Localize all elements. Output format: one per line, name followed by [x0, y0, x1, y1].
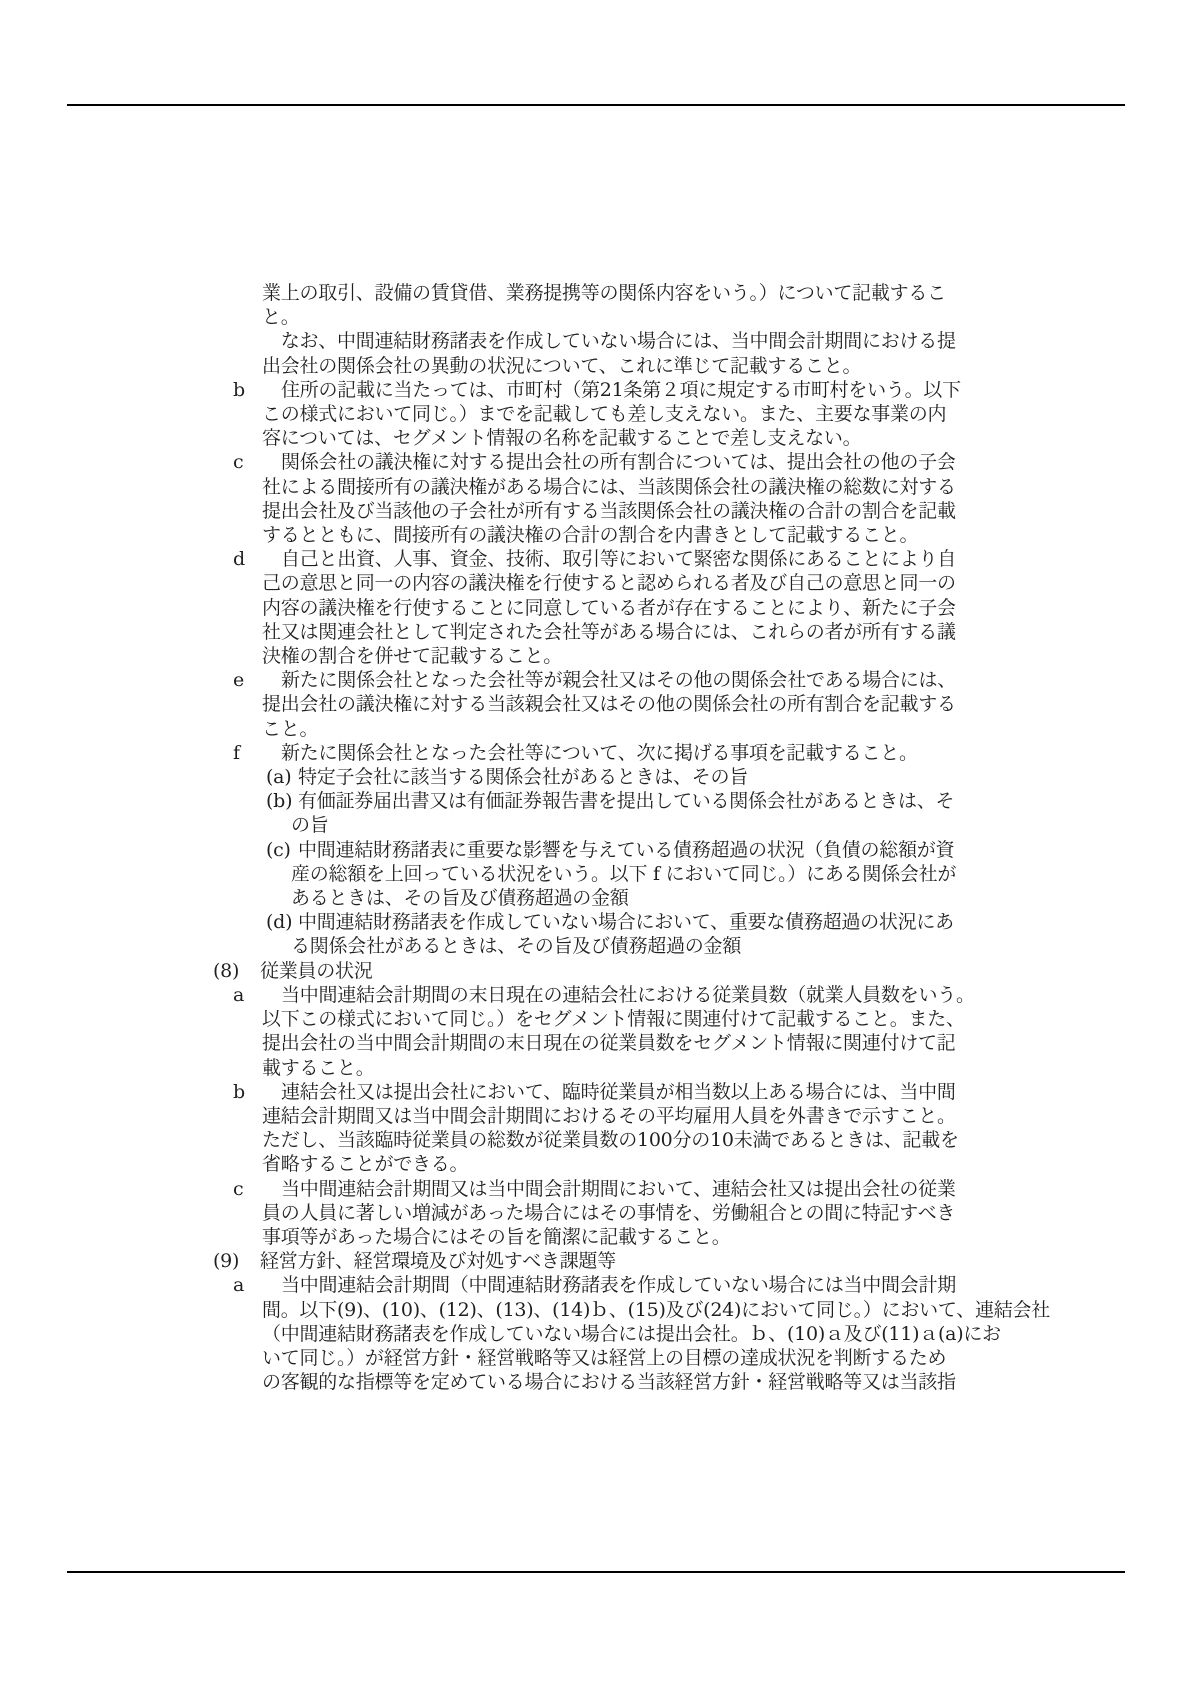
line-text: 住所の記載に当たっては、市町村（第21条第２項に規定する市町村をいう。以下 [281, 379, 961, 401]
text-line: と。 [213, 305, 1003, 329]
line-text: この様式において同じ。）までを記載しても差し支えない。また、主要な事業の内 [262, 403, 946, 425]
list-marker: (b) [266, 789, 298, 813]
list-marker: (8) [213, 959, 260, 983]
list-marker: (9) [213, 1249, 260, 1273]
line-text: 当中間連結会計期間又は当中間会計期間において、連結会社又は提出会社の従業 [281, 1178, 956, 1200]
text-line: 提出会社の当中間会計期間の末日現在の従業員数をセグメント情報に関連付けて記 [213, 1031, 1003, 1055]
list-marker: (d) [266, 910, 298, 934]
list-marker: (a) [266, 765, 298, 789]
text-line: a当中間連結会計期間の末日現在の連結会社における従業員数（就業人員数をいう。 [213, 983, 1003, 1007]
text-line: 産の総額を上回っている状況をいう。以下 f において同じ。）にある関係会社が [213, 862, 1003, 886]
line-text: と。 [262, 306, 300, 328]
line-text: 当中間連結会計期間（中間連結財務諸表を作成していない場合には当中間会計期 [281, 1274, 956, 1296]
line-text: る関係会社があるときは、その旨及び債務超過の金額 [291, 935, 741, 957]
line-text: 有価証券届出書又は有価証券報告書を提出している関係会社があるときは、そ [298, 790, 954, 812]
text-line: なお、中間連結財務諸表を作成していない場合には、当中間会計期間における提 [213, 329, 1003, 353]
line-text: 業上の取引、設備の賃貸借、業務提携等の関係内容をいう。）について記載するこ [262, 282, 946, 304]
text-line: 内容の議決権を行使することに同意している者が存在することにより、新たに子会 [213, 596, 1003, 620]
text-line: 業上の取引、設備の賃貸借、業務提携等の関係内容をいう。）について記載するこ [213, 281, 1003, 305]
text-line: いて同じ。）が経営方針・経営戦略等又は経営上の目標の達成状況を判断するため [213, 1346, 1003, 1370]
text-line: c当中間連結会計期間又は当中間会計期間において、連結会社又は提出会社の従業 [213, 1177, 1003, 1201]
text-line: 提出会社の議決権に対する当該親会社又はその他の関係会社の所有割合を記載する [213, 692, 1003, 716]
document-body: 業上の取引、設備の賃貸借、業務提携等の関係内容をいう。）について記載すること。 … [213, 281, 1003, 1394]
line-text: 関係会社の議決権に対する提出会社の所有割合については、提出会社の他の子会 [281, 451, 956, 473]
line-text: 間。以下(9)、(10)、(12)、(13)、(14)ｂ、(15)及び(24)に… [262, 1299, 1050, 1321]
line-text: 経営方針、経営環境及び対処すべき課題等 [260, 1250, 616, 1272]
list-marker: b [233, 378, 281, 402]
text-line: (9)経営方針、経営環境及び対処すべき課題等 [213, 1249, 1003, 1273]
list-marker: b [233, 1080, 281, 1104]
line-text: 事項等があった場合にはその旨を簡潔に記載すること。 [262, 1226, 731, 1248]
line-text: 産の総額を上回っている状況をいう。以下 f において同じ。）にある関係会社が [291, 863, 956, 885]
line-text: 特定子会社に該当する関係会社があるときは、その旨 [298, 766, 748, 788]
line-text: 従業員の状況 [260, 960, 373, 982]
line-text: なお、中間連結財務諸表を作成していない場合には、当中間会計期間における提 [262, 330, 956, 352]
text-line: 容については、セグメント情報の名称を記載することで差し支えない。 [213, 426, 1003, 450]
text-line: 社又は関連会社として判定された会社等がある場合には、これらの者が所有する議 [213, 620, 1003, 644]
text-line: b住所の記載に当たっては、市町村（第21条第２項に規定する市町村をいう。以下 [213, 378, 1003, 402]
list-marker: a [233, 1273, 281, 1297]
line-text: あるときは、その旨及び債務超過の金額 [291, 887, 629, 909]
text-line: f新たに関係会社となった会社等について、次に掲げる事項を記載すること。 [213, 741, 1003, 765]
line-text: 新たに関係会社となった会社等について、次に掲げる事項を記載すること。 [281, 742, 918, 764]
text-line: あるときは、その旨及び債務超過の金額 [213, 886, 1003, 910]
line-text: 出会社の関係会社の異動の状況について、これに準じて記載すること。 [262, 355, 861, 377]
line-text: 決権の割合を併せて記載すること。 [262, 645, 562, 667]
line-text: 省略することができる。 [262, 1153, 468, 1175]
line-text: 内容の議決権を行使することに同意している者が存在することにより、新たに子会 [262, 597, 956, 619]
text-line: e新たに関係会社となった会社等が親会社又はその他の関係会社である場合には、 [213, 668, 1003, 692]
line-text: するとともに、間接所有の議決権の合計の割合を内書きとして記載すること。 [262, 524, 918, 546]
line-text: 社又は関連会社として判定された会社等がある場合には、これらの者が所有する議 [262, 621, 956, 643]
line-text: 社による間接所有の議決権がある場合には、当該関係会社の議決権の総数に対する [262, 476, 956, 498]
text-line: 載すること。 [213, 1056, 1003, 1080]
line-text: こと。 [262, 718, 318, 740]
list-marker: d [233, 547, 281, 571]
list-marker: c [233, 450, 281, 474]
bottom-rule [67, 1571, 1125, 1573]
line-text: 員の人員に著しい増減があった場合にはその事情を、労働組合との間に特記すべき [262, 1202, 955, 1224]
line-text: いて同じ。）が経営方針・経営戦略等又は経営上の目標の達成状況を判断するため [262, 1347, 946, 1369]
line-text: の客観的な指標等を定めている場合における当該経営方針・経営戦略等又は当該指 [262, 1371, 956, 1393]
line-text: （中間連結財務諸表を作成していない場合には提出会社。ｂ、(10)ａ及び(11)ａ… [262, 1323, 1001, 1345]
text-line: 間。以下(9)、(10)、(12)、(13)、(14)ｂ、(15)及び(24)に… [213, 1298, 1003, 1322]
text-line: ただし、当該臨時従業員の総数が従業員数の100分の10未満であるときは、記載を [213, 1128, 1003, 1152]
line-text: 中間連結財務諸表を作成していない場合において、重要な債務超過の状況にあ [298, 911, 954, 933]
line-text: 提出会社の当中間会計期間の末日現在の従業員数をセグメント情報に関連付けて記 [262, 1032, 956, 1054]
line-text: の旨 [291, 814, 329, 836]
list-marker: c [233, 1177, 281, 1201]
text-line: の客観的な指標等を定めている場合における当該経営方針・経営戦略等又は当該指 [213, 1370, 1003, 1394]
text-line: こと。 [213, 717, 1003, 741]
text-line: 連結会計期間又は当中間会計期間におけるその平均雇用人員を外書きで示すこと。 [213, 1104, 1003, 1128]
line-text: 提出会社及び当該他の子会社が所有する当該関係会社の議決権の合計の割合を記載 [262, 500, 956, 522]
list-marker: (c) [266, 838, 298, 862]
text-line: (d)中間連結財務諸表を作成していない場合において、重要な債務超過の状況にあ [213, 910, 1003, 934]
text-line: この様式において同じ。）までを記載しても差し支えない。また、主要な事業の内 [213, 402, 1003, 426]
line-text: 載すること。 [262, 1057, 375, 1079]
top-rule [67, 104, 1125, 106]
text-line: 員の人員に著しい増減があった場合にはその事情を、労働組合との間に特記すべき [213, 1201, 1003, 1225]
text-line: c関係会社の議決権に対する提出会社の所有割合については、提出会社の他の子会 [213, 450, 1003, 474]
text-line: 提出会社及び当該他の子会社が所有する当該関係会社の議決権の合計の割合を記載 [213, 499, 1003, 523]
line-text: 連結会計期間又は当中間会計期間におけるその平均雇用人員を外書きで示すこと。 [262, 1105, 956, 1127]
text-line: の旨 [213, 813, 1003, 837]
line-text: 以下この様式において同じ。）をセグメント情報に関連付けて記載すること。また、 [262, 1008, 965, 1030]
text-line: a当中間連結会計期間（中間連結財務諸表を作成していない場合には当中間会計期 [213, 1273, 1003, 1297]
text-line: 出会社の関係会社の異動の状況について、これに準じて記載すること。 [213, 354, 1003, 378]
line-text: 提出会社の議決権に対する当該親会社又はその他の関係会社の所有割合を記載する [262, 693, 956, 715]
text-line: するとともに、間接所有の議決権の合計の割合を内書きとして記載すること。 [213, 523, 1003, 547]
list-marker: a [233, 983, 281, 1007]
text-line: d自己と出資、人事、資金、技術、取引等において緊密な関係にあることにより自 [213, 547, 1003, 571]
text-line: b連結会社又は提出会社において、臨時従業員が相当数以上ある場合には、当中間 [213, 1080, 1003, 1104]
list-marker: e [233, 668, 281, 692]
text-line: (8)従業員の状況 [213, 959, 1003, 983]
text-line: 決権の割合を併せて記載すること。 [213, 644, 1003, 668]
text-line: 以下この様式において同じ。）をセグメント情報に関連付けて記載すること。また、 [213, 1007, 1003, 1031]
text-line: る関係会社があるときは、その旨及び債務超過の金額 [213, 934, 1003, 958]
line-text: 中間連結財務諸表に重要な影響を与えている債務超過の状況（負債の総額が資 [298, 839, 954, 861]
line-text: 己の意思と同一の内容の議決権を行使すると認められる者及び自己の意思と同一の [262, 572, 956, 594]
list-marker: f [233, 741, 281, 765]
text-line: 社による間接所有の議決権がある場合には、当該関係会社の議決権の総数に対する [213, 475, 1003, 499]
text-line: 事項等があった場合にはその旨を簡潔に記載すること。 [213, 1225, 1003, 1249]
text-line: 省略することができる。 [213, 1152, 1003, 1176]
line-text: ただし、当該臨時従業員の総数が従業員数の100分の10未満であるときは、記載を [262, 1129, 959, 1151]
line-text: 新たに関係会社となった会社等が親会社又はその他の関係会社である場合には、 [281, 669, 956, 691]
text-line: (b)有価証券届出書又は有価証券報告書を提出している関係会社があるときは、そ [213, 789, 1003, 813]
line-text: 当中間連結会計期間の末日現在の連結会社における従業員数（就業人員数をいう。 [281, 984, 975, 1006]
line-text: 容については、セグメント情報の名称を記載することで差し支えない。 [262, 427, 861, 449]
document-page: 業上の取引、設備の賃貸借、業務提携等の関係内容をいう。）について記載すること。 … [0, 0, 1192, 1685]
line-text: 連結会社又は提出会社において、臨時従業員が相当数以上ある場合には、当中間 [281, 1081, 956, 1103]
text-line: (a)特定子会社に該当する関係会社があるときは、その旨 [213, 765, 1003, 789]
text-line: (c)中間連結財務諸表に重要な影響を与えている債務超過の状況（負債の総額が資 [213, 838, 1003, 862]
line-text: 自己と出資、人事、資金、技術、取引等において緊密な関係にあることにより自 [281, 548, 956, 570]
text-line: （中間連結財務諸表を作成していない場合には提出会社。ｂ、(10)ａ及び(11)ａ… [213, 1322, 1003, 1346]
text-line: 己の意思と同一の内容の議決権を行使すると認められる者及び自己の意思と同一の [213, 571, 1003, 595]
